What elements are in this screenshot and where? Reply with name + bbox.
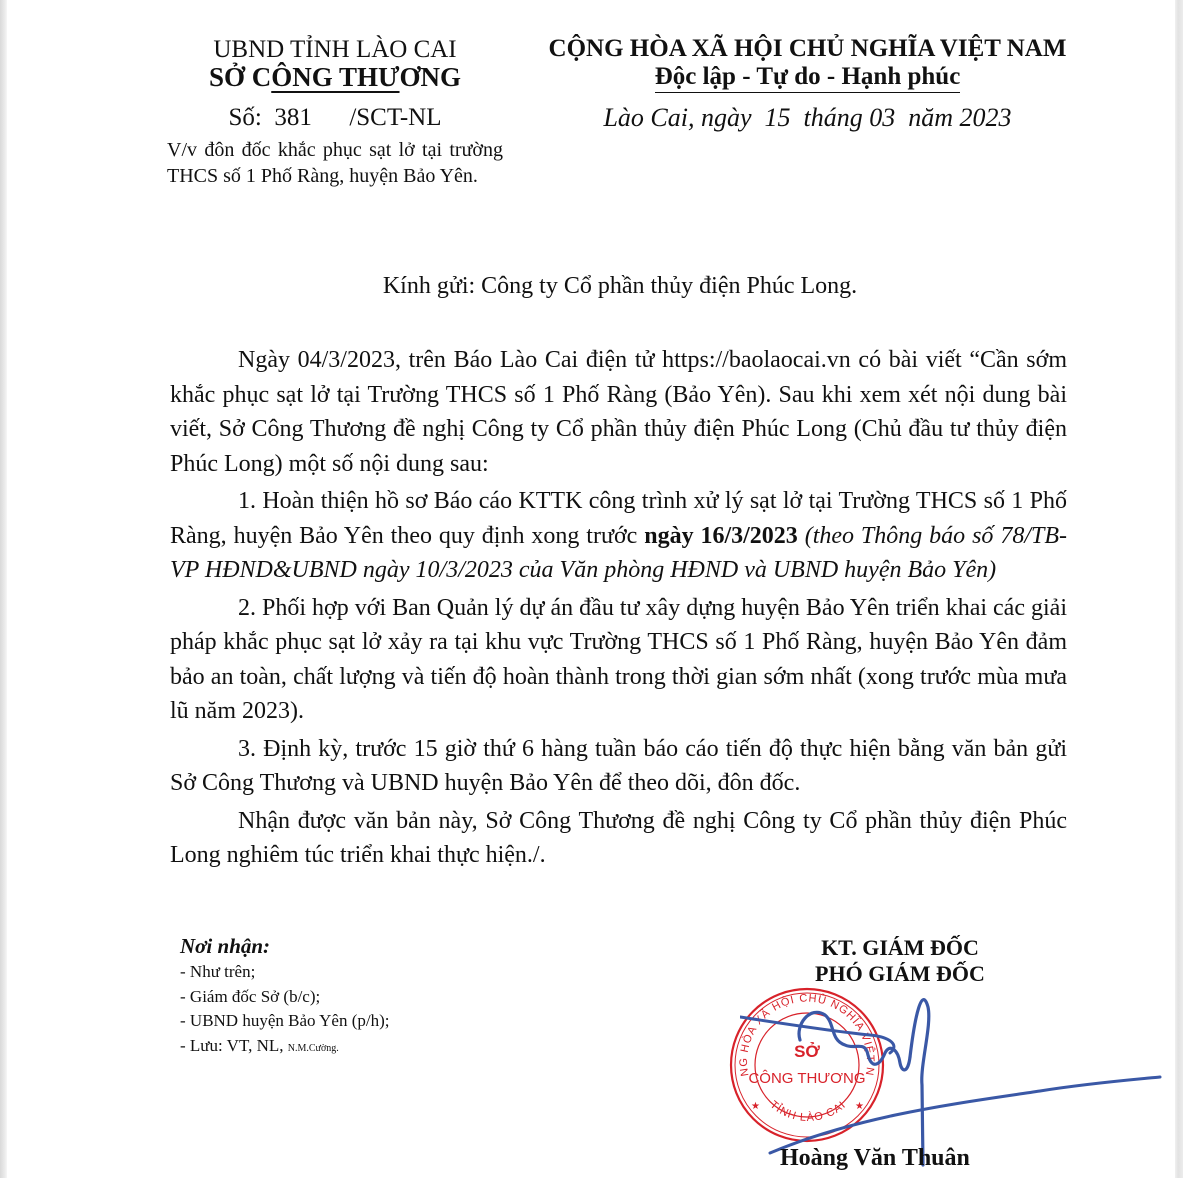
national-title: CỘNG HÒA XÃ HỘI CHỦ NGHĨA VIỆT NAM [530,35,1085,63]
agency-prefix: SỞ C [209,62,271,92]
document-subject: V/v đôn đốc khắc phục sạt lở tại trường … [167,137,503,189]
recipient-item: - UBND huyện Bảo Yên (p/h); [180,1009,389,1034]
addressee: Kính gửi: Công ty Cổ phần thủy điện Phúc… [160,273,1080,300]
item-2: 2. Phối hợp với Ban Quản lý dự án đầu tư… [170,591,1067,729]
national-motto: Độc lập - Tự do - Hạnh phúc [530,63,1085,91]
recipients-list: - Như trên; - Giám đốc Sở (b/c); - UBND … [180,960,389,1061]
signature-title-1: KT. GIÁM ĐỐC [780,935,1020,961]
issuing-authority: UBND TỈNH LÀO CAI [165,36,505,64]
signer-name: Hoàng Văn Thuân [780,1145,970,1172]
document-body: Ngày 04/3/2023, trên Báo Lào Cai điện tử… [170,343,1067,873]
recipients-title: Nơi nhận: [180,934,270,959]
drafter-initials: N.M.Cường. [288,1043,339,1054]
intro-paragraph: Ngày 04/3/2023, trên Báo Lào Cai điện tử… [170,343,1067,481]
item-3: 3. Định kỳ, trước 15 giờ thứ 6 hàng tuần… [170,732,1067,801]
motto-text: Độc lập - Tự do - Hạnh phúc [655,63,961,93]
recipient-item: - Như trên; [180,960,389,985]
page-shadow-right [1175,0,1183,1178]
item-1: 1. Hoàn thiện hồ sơ Báo cáo KTTK công tr… [170,484,1067,588]
closing-paragraph: Nhận được văn bản này, Sở Công Thương đề… [170,804,1067,873]
recipient-item: - Giám đốc Sở (b/c); [180,985,389,1010]
agency-suffix: ƠNG [400,62,462,92]
place-and-date: Lào Cai, ngày 15 tháng 03 năm 2023 [530,103,1085,133]
signature-title-2: PHÓ GIÁM ĐỐC [780,961,1020,987]
item-1-deadline: ngày 16/3/2023 [644,523,798,549]
recipient-item: - Lưu: VT, NL, N.M.Cường. [180,1034,389,1062]
agency-underlined: ÔNG THƯ [271,62,399,92]
archive-item: - Lưu: VT, NL, [180,1036,288,1055]
document-number: Số: 381 /SCT-NL [165,104,505,132]
page-shadow-left [0,0,7,1178]
issuing-agency: SỞ CÔNG THƯƠNG [165,62,505,93]
